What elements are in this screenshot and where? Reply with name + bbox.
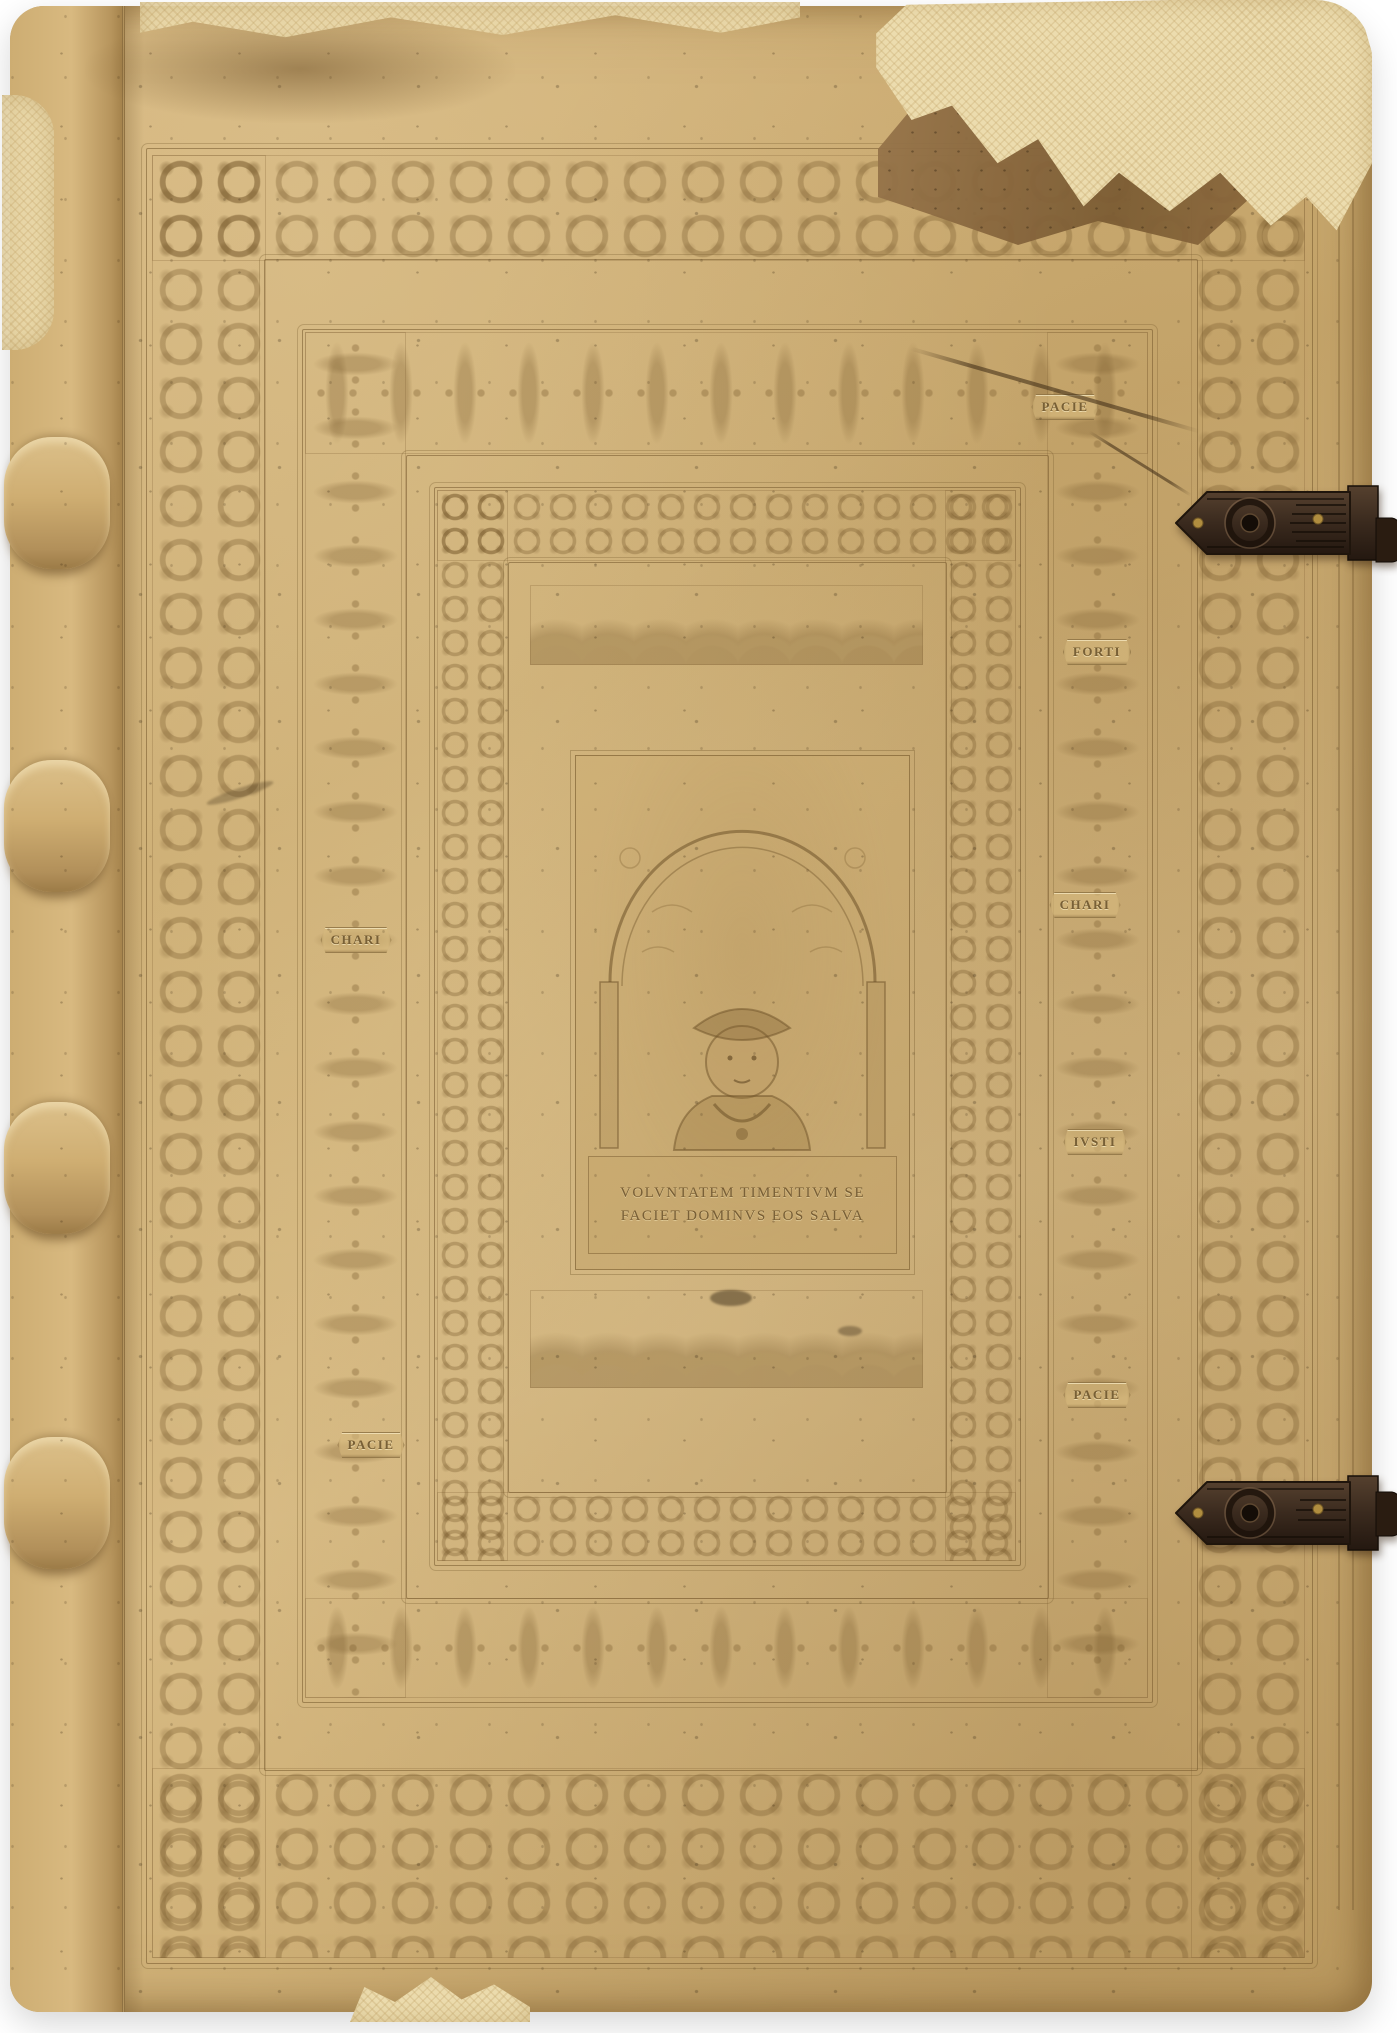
inner-palmette-band-top [530,585,923,665]
exposed-board-left-edge [2,95,54,350]
medallion-roll-right [945,490,1016,1561]
virtue-roll-border-top [305,332,1148,454]
ink-smudge-small [838,1326,862,1336]
virtue-stamp-chari-left: CHARI [321,927,392,953]
fore-edge-line [1338,160,1340,1910]
virtue-stamp-chari-right: CHARI [1050,892,1121,918]
stamp-label: CHARI [1060,897,1111,912]
stamp-label: IVSTI [1074,1134,1117,1149]
clasp-upper [1150,462,1397,582]
outer-floral-border-left [152,155,266,1958]
spine-raised-band [4,760,110,892]
portrait-medallion-icon [582,762,903,1154]
inscription-line-1: VOLVNTATEM TIMENTIVM SE [620,1185,865,1202]
photo-canvas: PACIE FORTI CHARI IVSTI PACIE CHARI PACI… [0,0,1397,2033]
stamp-label: FORTI [1073,644,1121,659]
virtue-stamp-ivsti: IVSTI [1064,1129,1127,1155]
virtue-stamp-pacie-right: PACIE [1064,1382,1131,1408]
stamp-label: CHARI [331,932,382,947]
spine-raised-band [4,1437,110,1569]
spine-joint-shadow [122,6,144,2012]
spine-raised-band [4,1102,110,1234]
panel-inscription: VOLVNTATEM TIMENTIVM SE FACIET DOMINVS E… [588,1156,897,1254]
stamp-label: PACIE [348,1437,395,1452]
virtue-roll-border-left [305,332,406,1698]
virtue-stamp-forti: FORTI [1063,639,1131,665]
stamp-label: PACIE [1042,399,1089,414]
fore-edge-line [1352,160,1354,1910]
outer-floral-border-bottom [152,1768,1305,1958]
medallion-roll-left [437,490,508,1561]
medallion-roll-top [437,490,1016,561]
outer-floral-border-right [1191,155,1305,1958]
virtue-roll-border-right [1047,332,1148,1698]
virtue-stamp-pacie-left: PACIE [338,1432,405,1458]
central-portrait-panel: VOLVNTATEM TIMENTIVM SE FACIET DOMINVS E… [575,755,910,1270]
inscription-line-2: FACIET DOMINVS EOS SALVA [621,1208,864,1225]
medallion-roll-bottom [437,1492,1016,1561]
virtue-roll-border-bottom [305,1598,1148,1698]
stamp-label: PACIE [1074,1387,1121,1402]
clasp-lower [1150,1452,1397,1572]
spine-raised-band [4,437,110,569]
ink-smudge [710,1290,752,1306]
